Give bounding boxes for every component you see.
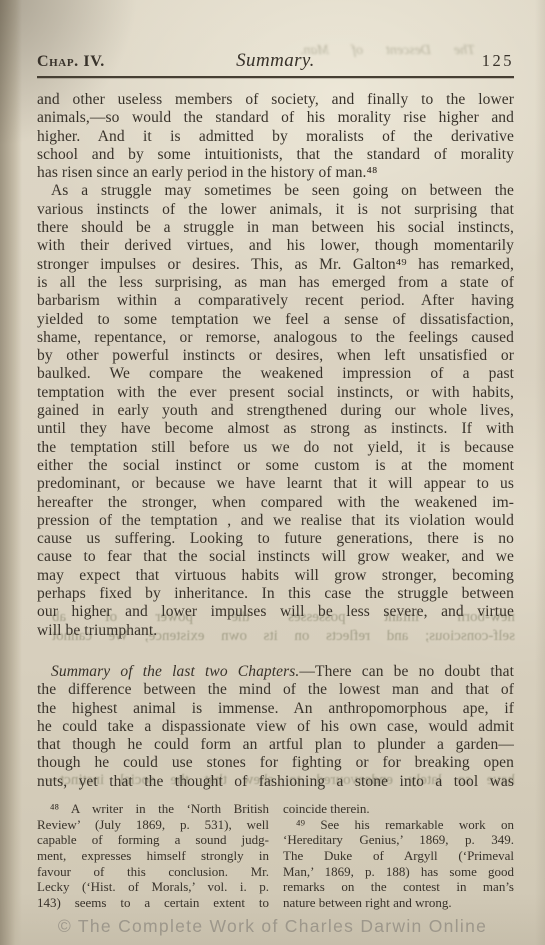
text-line: ment, expresses himself strongly in [37, 848, 269, 864]
text-line: cause us suffering. Looking to future ge… [37, 530, 514, 548]
text-line: 143) seems to a certain extent to [37, 895, 269, 911]
text-line: stronger impulses or desires. This, as M… [37, 256, 514, 274]
footnote-column-left: ⁴⁸ A writer in the ‘North BritishReview’… [37, 801, 269, 911]
text-line: nature between right and wrong. [283, 895, 514, 911]
footnote-49: ⁴⁹ See his remarkable work on‘Hereditary… [283, 817, 514, 911]
text-line: the highest animal is immense. An anthro… [37, 700, 514, 718]
text-line: the temptation still before us we do not… [37, 439, 514, 457]
text-line: remarks on the contest in man’s [283, 879, 514, 895]
text-line: predominant, or because we have learnt t… [37, 475, 514, 493]
paragraph-summary: Summary of the last two Chapters.—There … [37, 663, 514, 791]
footnote-48-end: coincide therein. [283, 801, 514, 817]
text-line: higher. And it is admitted by moralists … [37, 128, 514, 146]
paragraph-struggle: As a struggle may sometimes be seen goin… [37, 182, 514, 639]
summary-lead-rest: —There can be no doubt that [299, 663, 514, 680]
text-line: the difference between the mind of the l… [37, 681, 514, 699]
text-line: Review’ (July 1869, p. 531), well [37, 817, 269, 833]
text-line: may expect that virtuous habits will gro… [37, 567, 514, 585]
text-line: pression of the temptation , and we real… [37, 512, 514, 530]
text-line: temptation with the ever present social … [37, 384, 514, 402]
text-line: animals,—so would the standard of his mo… [37, 109, 514, 127]
text-line: barbarism within a comparatively recent … [37, 292, 514, 310]
text-line: capable of forming a sound judg- [37, 832, 269, 848]
text-line: there should be a struggle in man betwee… [37, 219, 514, 237]
text-line: with their derived virtues, and his lowe… [37, 237, 514, 255]
page-number: 125 [482, 51, 514, 71]
body-text: and other useless members of society, an… [37, 91, 514, 791]
text-line: Lecky (‘Hist. of Morals,’ vol. i. p. [37, 879, 269, 895]
text-line: either the social instinct or some custo… [37, 457, 514, 475]
footnotes: ⁴⁸ A writer in the ‘North BritishReview’… [37, 801, 514, 911]
chapter-label: Chap. IV. [37, 53, 105, 71]
paragraph-continuation: and other useless members of society, an… [37, 91, 514, 182]
text-line: baulked. We compare the weakened impress… [37, 365, 514, 383]
text-line: coincide therein. [283, 801, 514, 817]
text-line: and other useless members of society, an… [37, 91, 514, 109]
summary-lead-italic: Summary of the last two Chapters. [51, 663, 299, 680]
text-line: perhaps fixed by inheritance. In this ca… [37, 585, 514, 603]
text-line: he could take a dispassionate view of hi… [37, 718, 514, 736]
running-header: Chap. IV. Summary. 125 [37, 50, 514, 72]
text-line: by other powerful instincts or desires, … [37, 347, 514, 365]
text-line: will be triumphant. [37, 622, 514, 640]
text-line: school and by some intuitionists, that t… [37, 146, 514, 164]
watermark: © The Complete Work of Charles Darwin On… [0, 916, 545, 937]
text-line: As a struggle may sometimes be seen goin… [37, 182, 514, 200]
header-rule [37, 76, 514, 78]
text-line: shame, repentance, or remorse, analogous… [37, 329, 514, 347]
text-line: Man,’ 1869, p. 188) has some good [283, 864, 514, 880]
text-line: yielded to some temptation we feel a sen… [37, 311, 514, 329]
text-line: gained in early youth and strengthened d… [37, 402, 514, 420]
text-line: our higher and lower impulses will be le… [37, 603, 514, 621]
paragraph-summary-lines: the difference between the mind of the l… [37, 681, 514, 791]
text-line: The Duke of Argyll (‘Primeval [283, 848, 514, 864]
text-line: ⁴⁹ See his remarkable work on [283, 817, 514, 833]
text-line: until they have become almost as strong … [37, 420, 514, 438]
text-line: ⁴⁸ A writer in the ‘North British [37, 801, 269, 817]
text-line: favour of this conclusion. Mr. [37, 864, 269, 880]
running-title: Summary. [236, 50, 315, 72]
text-line: though he could use stones for fighting … [37, 754, 514, 772]
footnote-48: ⁴⁸ A writer in the ‘North BritishReview’… [37, 801, 269, 911]
text-line: Summary of the last two Chapters.—There … [37, 663, 514, 681]
text-line: ‘Hereditary Genius,’ 1869, p. 349. [283, 832, 514, 848]
page-content: Chap. IV. Summary. 125 and other useless… [0, 0, 545, 911]
text-line: that though he could form an artful plan… [37, 736, 514, 754]
book-page-scan: The Descent of Man. new-born infant poss… [0, 0, 545, 945]
text-line: hereafter the stronger, when compared wi… [37, 494, 514, 512]
text-line: has risen since an early period in the h… [37, 164, 514, 182]
text-line: various instincts of the lower animals, … [37, 201, 514, 219]
text-line: is all the less surprising, as man has e… [37, 274, 514, 292]
text-line: nuts, yet that the thought of fashioning… [37, 773, 514, 791]
footnote-column-right: coincide therein. ⁴⁹ See his remarkable … [283, 801, 514, 911]
text-line: cause to fear that the social instincts … [37, 548, 514, 566]
